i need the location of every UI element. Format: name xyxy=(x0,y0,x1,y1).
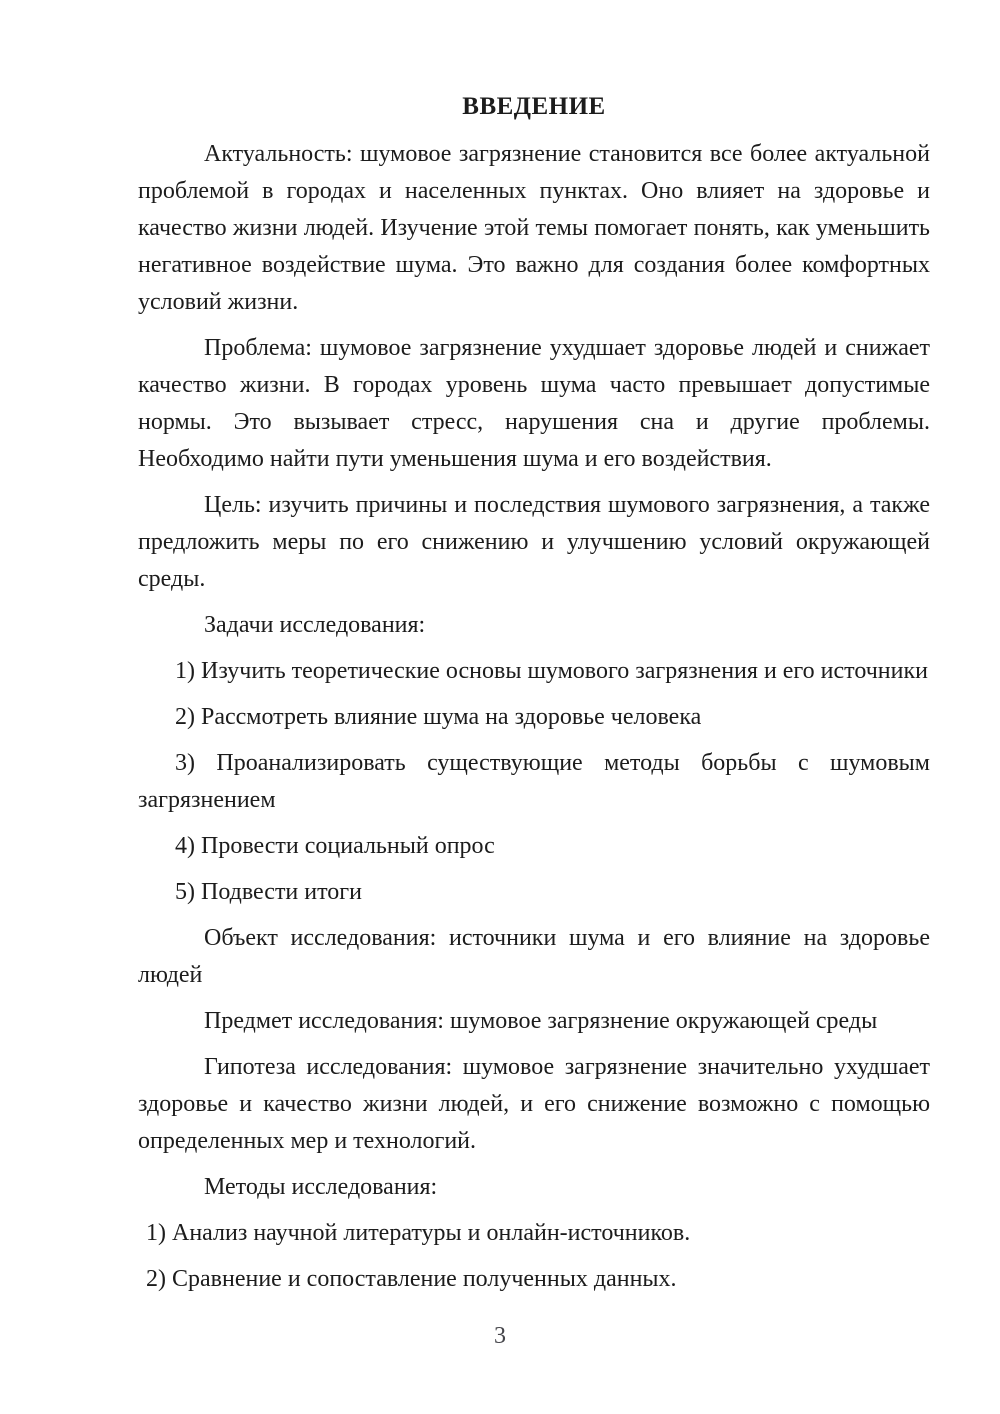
document-page: ВВЕДЕНИЕ Актуальность: шумовое загрязнен… xyxy=(0,0,1000,1414)
paragraph-goal: Цель: изучить причины и последствия шумо… xyxy=(138,487,930,598)
task-item-2: 2) Рассмотреть влияние шума на здоровье … xyxy=(138,699,930,736)
tasks-heading: Задачи исследования: xyxy=(138,607,930,644)
methods-heading: Методы исследования: xyxy=(138,1169,930,1206)
paragraph-object: Объект исследования: источники шума и ег… xyxy=(138,920,930,994)
method-item-2: 2) Сравнение и сопоставление полученных … xyxy=(138,1261,930,1298)
page-number: 3 xyxy=(0,1318,1000,1355)
paragraph-problem: Проблема: шумовое загрязнение ухудшает з… xyxy=(138,330,930,478)
paragraph-subject: Предмет исследования: шумовое загрязнени… xyxy=(138,1003,930,1040)
task-item-1: 1) Изучить теоретические основы шумового… xyxy=(138,653,930,690)
paragraph-relevance: Актуальность: шумовое загрязнение станов… xyxy=(138,136,930,321)
method-item-1: 1) Анализ научной литературы и онлайн-ис… xyxy=(138,1215,930,1252)
page-content: ВВЕДЕНИЕ Актуальность: шумовое загрязнен… xyxy=(138,0,930,1307)
task-item-5: 5) Подвести итоги xyxy=(138,874,930,911)
paragraph-hypothesis: Гипотеза исследования: шумовое загрязнен… xyxy=(138,1049,930,1160)
task-item-3: 3) Проанализировать существующие методы … xyxy=(138,745,930,819)
task-item-4: 4) Провести социальный опрос xyxy=(138,828,930,865)
section-title: ВВЕДЕНИЕ xyxy=(138,88,930,125)
